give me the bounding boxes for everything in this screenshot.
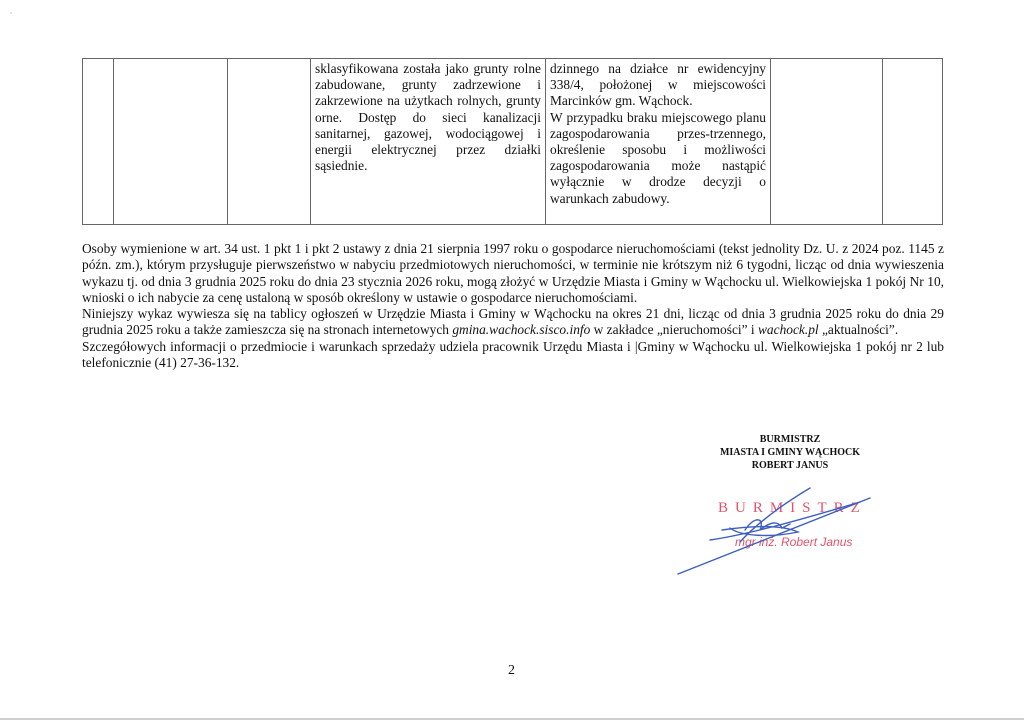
paragraph-priority-rights: Osoby wymienione w art. 34 ust. 1 pkt 1 … [82,241,944,306]
handwritten-signature-icon [670,480,880,580]
purpose-text-2: W przypadku braku miejscowego planu zago… [550,110,766,207]
paragraph-contact: Szczegółowych informacji o przedmiocie i… [82,339,944,372]
website-link-wachock[interactable]: wachock.pl [758,322,819,337]
purpose-text-1: dzinnego na działce nr ewidencyjny 338/4… [550,61,766,110]
table-cell-3 [228,59,311,225]
publication-text-mid: w zakładce „nieruchomości” i [590,322,758,337]
property-table: sklasyfikowana została jako grunty rolne… [82,58,943,225]
scan-speck [10,12,12,14]
table-cell-lp [83,59,114,225]
table-row: sklasyfikowana została jako grunty rolne… [83,59,943,225]
signatory-name: ROBERT JANUS [690,459,890,472]
signatory-title: BURMISTRZ [690,433,890,446]
description-text: sklasyfikowana została jako grunty rolne… [315,61,541,174]
signatory-office: MIASTA I GMINY WĄCHOCK [690,446,890,459]
publication-text-end: „aktualności”. [819,322,899,337]
table-cell-7 [883,59,943,225]
notice-body: Osoby wymienione w art. 34 ust. 1 pkt 1 … [82,241,944,371]
page-number: 2 [508,663,515,679]
table-cell-purpose: dzinnego na działce nr ewidencyjny 338/4… [546,59,771,225]
page-bottom-edge [0,718,1024,720]
paragraph-publication: Niniejszy wykaz wywiesza się na tablicy … [82,306,944,339]
signatory-block: BURMISTRZ MIASTA I GMINY WĄCHOCK ROBERT … [690,433,890,472]
table-cell-6 [771,59,883,225]
document-page: sklasyfikowana została jako grunty rolne… [0,0,1024,724]
table-cell-description: sklasyfikowana została jako grunty rolne… [311,59,546,225]
website-link-gmina[interactable]: gmina.wachock.sisco.info [452,322,590,337]
table-cell-2 [114,59,228,225]
